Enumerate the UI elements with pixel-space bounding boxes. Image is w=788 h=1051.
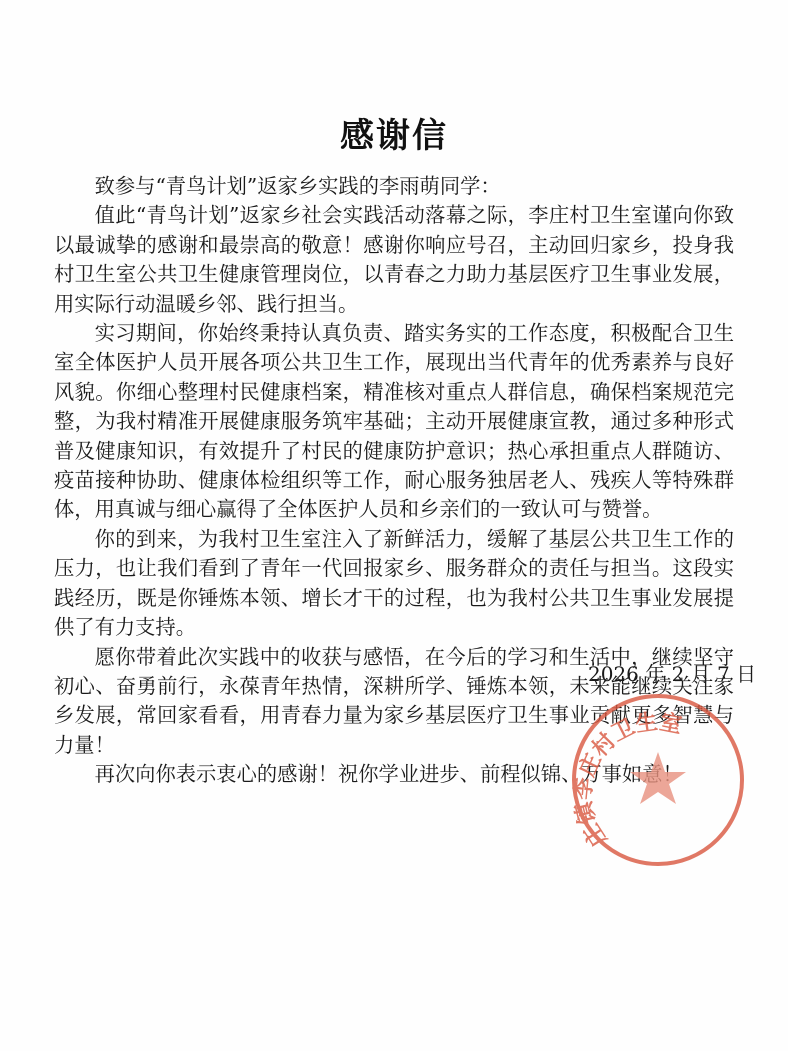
paragraph-1: 值此“青鸟计划”返家乡社会实践活动落幕之际，李庄村卫生室谨向你致以最诚挚的感谢和…: [54, 201, 734, 319]
letter-title: 感谢信: [0, 108, 788, 157]
official-seal: 庄镇李庄村卫生室: [568, 690, 748, 870]
paragraph-3: 你的到来，为我村卫生室注入了新鲜活力，缓解了基层公共卫生工作的压力，也让我们看到…: [54, 525, 734, 643]
star-icon: [630, 752, 686, 804]
salutation: 致参与“青鸟计划”返家乡实践的李雨萌同学：: [54, 172, 734, 201]
letter-date: 2026 年 2 月 7 日: [588, 658, 756, 687]
paragraph-2: 实习期间，你始终秉持认真负责、踏实务实的工作态度，积极配合卫生室全体医护人员开展…: [54, 319, 734, 525]
